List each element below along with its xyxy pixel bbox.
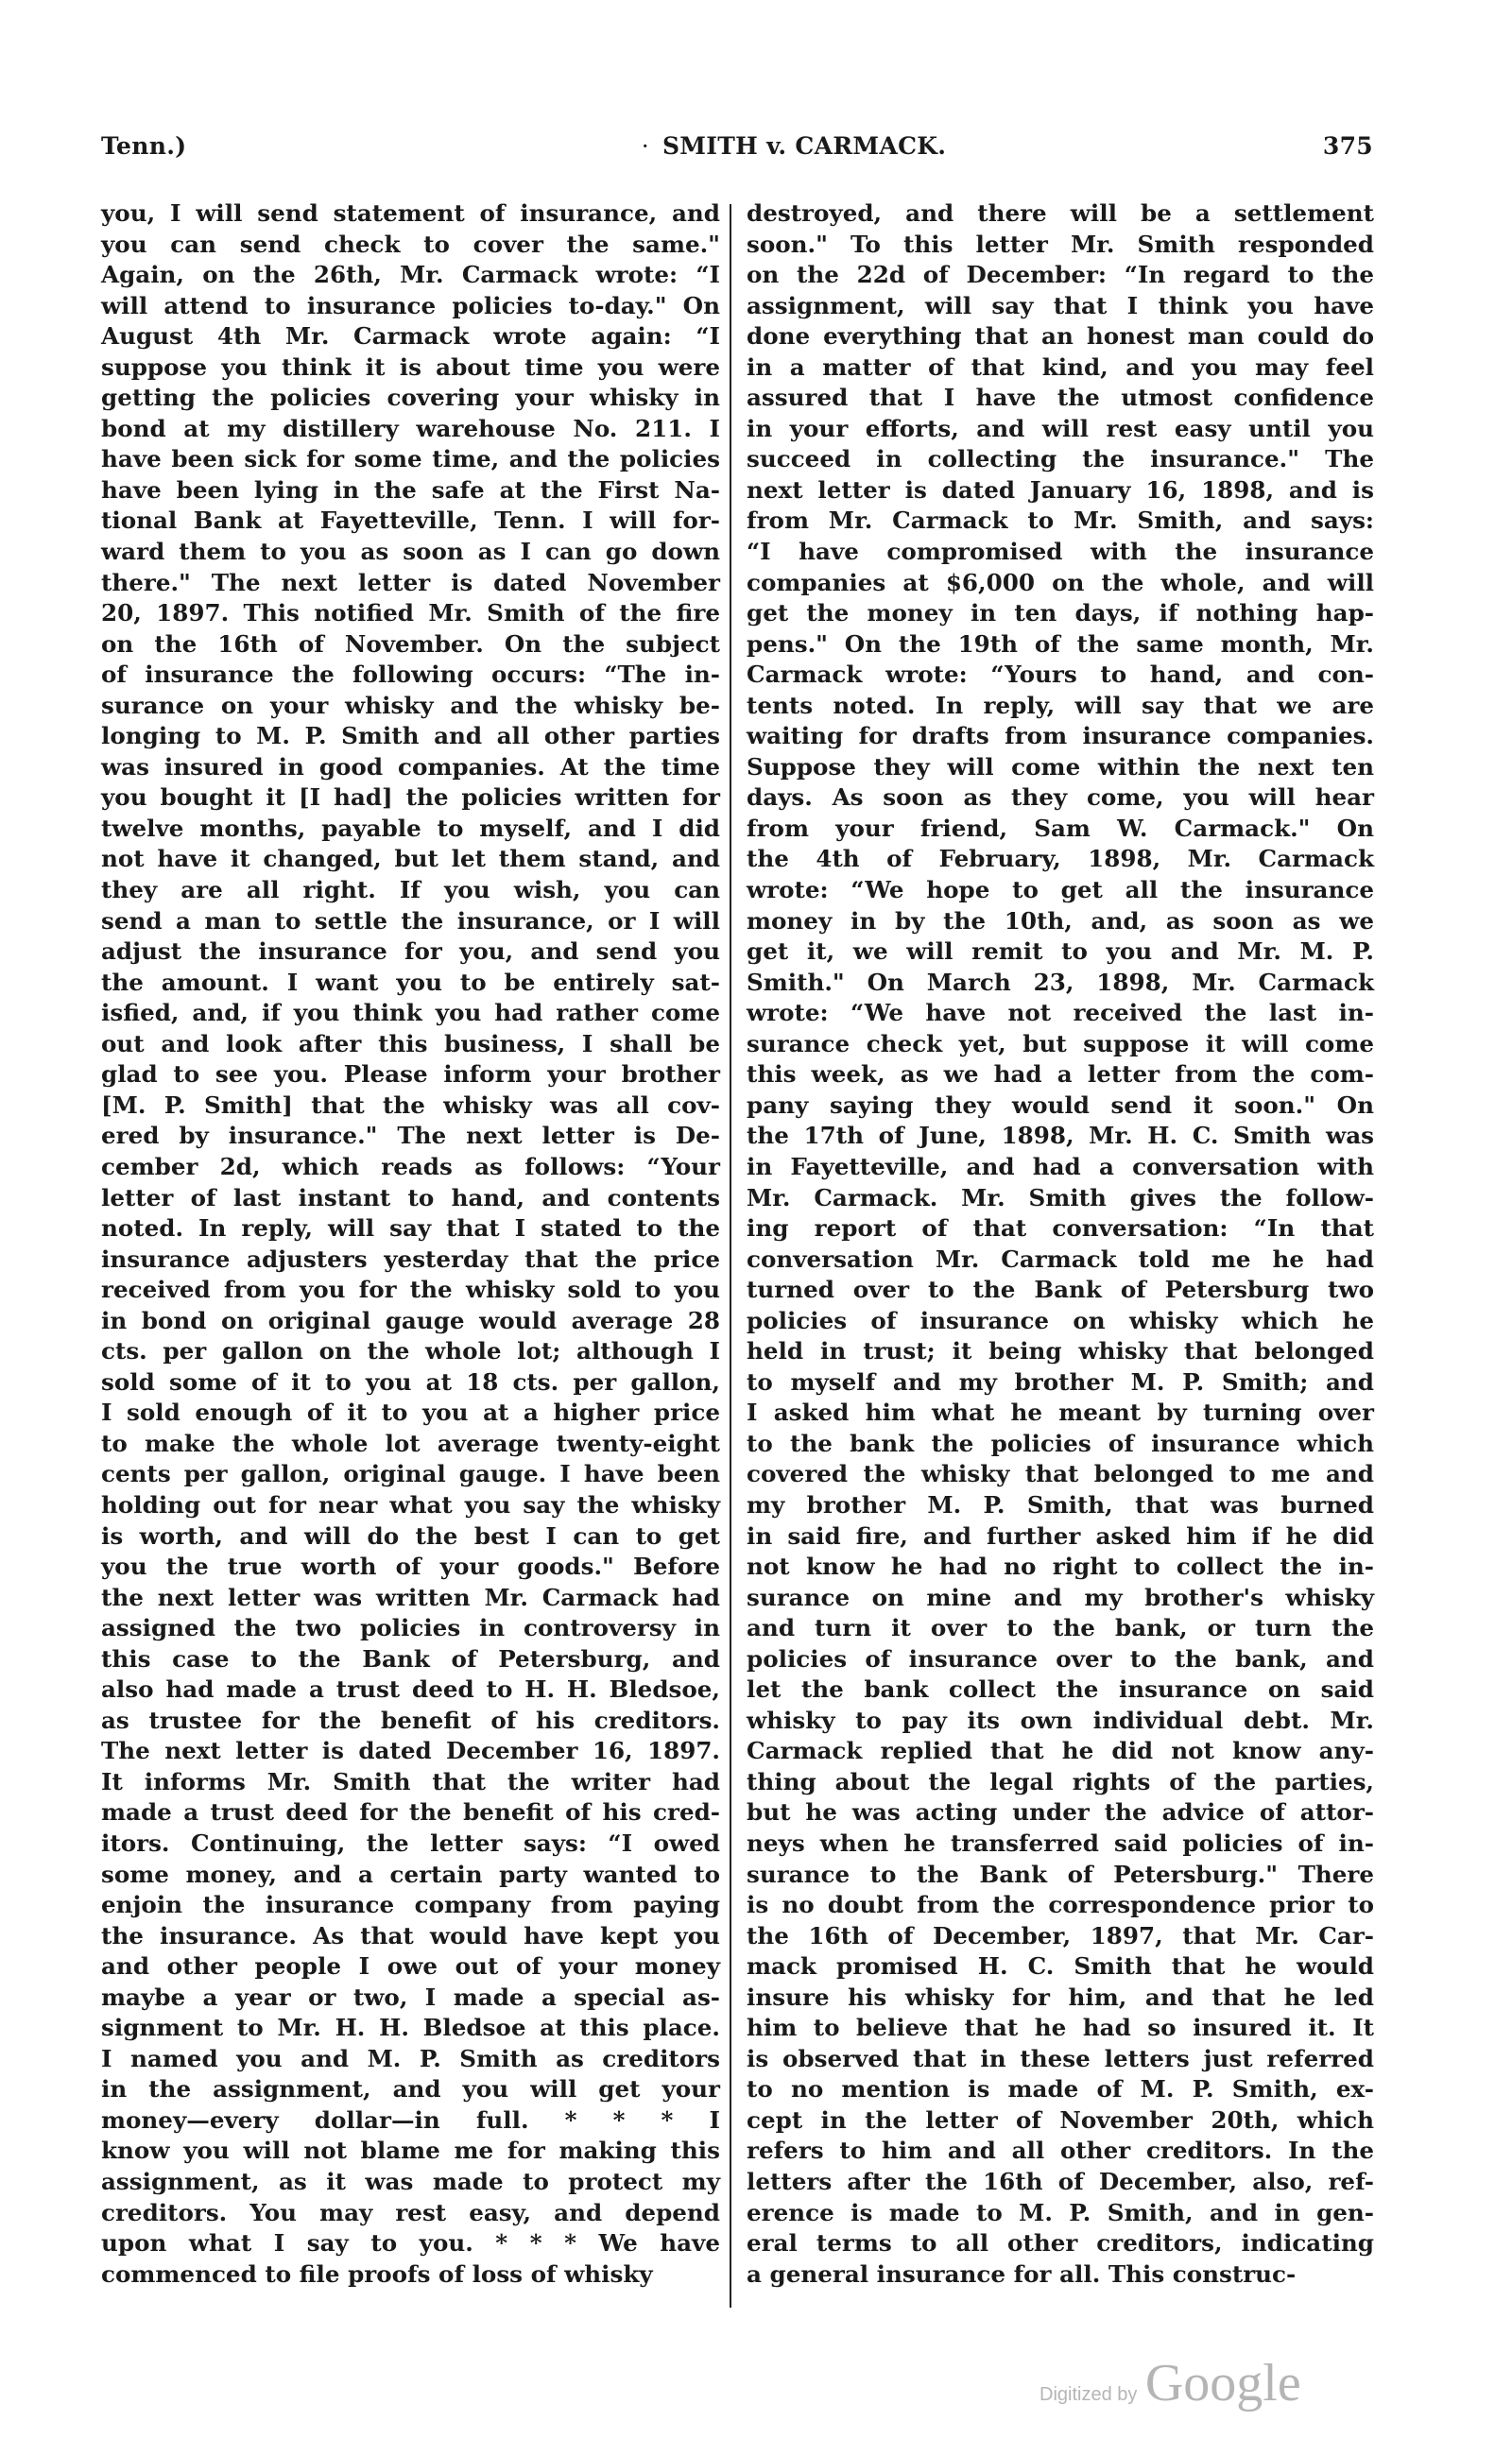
- text-line: as trustee for the benefit of his credit…: [101, 1706, 720, 1737]
- text-line: ing report of that conversation: “In tha…: [747, 1213, 1374, 1245]
- text-line: thing about the legal rights of the part…: [747, 1767, 1374, 1798]
- text-line: Again, on the 26th, Mr. Carmack wrote: “…: [101, 260, 720, 291]
- text-line: money—every dollar—in full. * * * I: [101, 2105, 720, 2137]
- text-line: my brother M. P. Smith, that was burned: [747, 1490, 1374, 1521]
- text-line: itors. Continuing, the letter says: “I o…: [101, 1829, 720, 1860]
- text-line: held in trust; it being whisky that belo…: [747, 1336, 1374, 1367]
- text-line: the amount. I want you to be entirely sa…: [101, 968, 720, 999]
- text-line: noted. In reply, will say that I stated …: [101, 1213, 720, 1245]
- text-line: soon." To this letter Mr. Smith responde…: [747, 230, 1374, 261]
- text-line: creditors. You may rest easy, and depend: [101, 2198, 720, 2229]
- google-logo-text: Google: [1145, 2354, 1301, 2413]
- text-line: assignment, will say that I think you ha…: [747, 291, 1374, 322]
- text-line: It informs Mr. Smith that the writer had: [101, 1767, 720, 1798]
- text-line: bond at my distillery warehouse No. 211.…: [101, 414, 720, 445]
- text-line: refers to him and all other creditors. I…: [747, 2136, 1374, 2167]
- text-line: let the bank collect the insurance on sa…: [747, 1675, 1374, 1706]
- text-line: covered the whisky that belonged to me a…: [747, 1459, 1374, 1490]
- right-text-column: destroyed, and there will be a settlemen…: [747, 198, 1374, 2290]
- text-line: this case to the Bank of Petersburg, and: [101, 1644, 720, 1675]
- text-line: neys when he transferred said policies o…: [747, 1829, 1374, 1860]
- text-line: on the 22d of December: “In regard to th…: [747, 260, 1374, 291]
- text-line: Suppose they will come within the next t…: [747, 752, 1374, 783]
- text-line: the 16th of December, 1897, that Mr. Car…: [747, 1921, 1374, 1952]
- text-line: is observed that in these letters just r…: [747, 2044, 1374, 2075]
- text-line: from Mr. Carmack to Mr. Smith, and says:: [747, 506, 1374, 537]
- text-line: you bought it [I had] the policies writt…: [101, 782, 720, 814]
- text-line: also had made a trust deed to H. H. Bled…: [101, 1675, 720, 1706]
- text-line: was insured in good companies. At the ti…: [101, 752, 720, 783]
- text-line: wrote: “We have not received the last in…: [747, 998, 1374, 1029]
- text-line: tional Bank at Fayetteville, Tenn. I wil…: [101, 506, 720, 537]
- text-line: I sold enough of it to you at a higher p…: [101, 1398, 720, 1429]
- text-line: ward them to you as soon as I can go dow…: [101, 537, 720, 568]
- watermark-prefix: Digitized by: [1039, 2384, 1137, 2405]
- text-line: companies at $6,000 on the whole, and wi…: [747, 568, 1374, 599]
- text-line: the next letter was written Mr. Carmack …: [101, 1583, 720, 1614]
- text-line: pens." On the 19th of the same month, Mr…: [747, 629, 1374, 661]
- text-line: getting the policies covering your whisk…: [101, 383, 720, 414]
- text-line: in the assignment, and you will get your: [101, 2074, 720, 2105]
- text-line: to myself and my brother M. P. Smith; an…: [747, 1367, 1374, 1399]
- text-line: surance on mine and my brother's whisky: [747, 1583, 1374, 1614]
- text-line: cept in the letter of November 20th, whi…: [747, 2105, 1374, 2137]
- text-line: some money, and a certain party wanted t…: [101, 1860, 720, 1891]
- text-line: in a matter of that kind, and you may fe…: [747, 352, 1374, 384]
- text-line: to make the whole lot average twenty-eig…: [101, 1429, 720, 1460]
- text-line: tents noted. In reply, will say that we …: [747, 691, 1374, 722]
- text-line: mack promised H. C. Smith that he would: [747, 1951, 1374, 1983]
- text-line: have been lying in the safe at the First…: [101, 475, 720, 507]
- text-line: will attend to insurance policies to-day…: [101, 291, 720, 322]
- text-line: on the 16th of November. On the subject: [101, 629, 720, 661]
- text-line: twelve months, payable to myself, and I …: [101, 814, 720, 845]
- text-line: pany saying they would send it soon." On: [747, 1091, 1374, 1122]
- text-line: enjoin the insurance company from paying: [101, 1890, 720, 1921]
- text-line: know you will not blame me for making th…: [101, 2136, 720, 2167]
- running-header: Tenn.) ·SMITH v. CARMACK. 375: [101, 132, 1373, 170]
- text-line: erence is made to M. P. Smith, and in ge…: [747, 2198, 1374, 2229]
- text-line: signment to Mr. H. H. Bledsoe at this pl…: [101, 2013, 720, 2044]
- book-page: Tenn.) ·SMITH v. CARMACK. 375 you, I wil…: [0, 0, 1512, 2456]
- header-dot-mark: ·: [642, 132, 649, 160]
- text-line: assured that I have the utmost confidenc…: [747, 383, 1374, 414]
- text-line: they are all right. If you wish, you can: [101, 875, 720, 906]
- text-line: surance on your whisky and the whisky be…: [101, 691, 720, 722]
- text-line: isfied, and, if you think you had rather…: [101, 998, 720, 1029]
- text-line: is no doubt from the correspondence prio…: [747, 1890, 1374, 1921]
- text-line: surance check yet, but suppose it will c…: [747, 1029, 1374, 1060]
- text-line: next letter is dated January 16, 1898, a…: [747, 475, 1374, 507]
- text-line: whisky to pay its own individual debt. M…: [747, 1706, 1374, 1737]
- text-line: get it, we will remit to you and Mr. M. …: [747, 936, 1374, 968]
- text-line: upon what I say to you. * * * We have: [101, 2228, 720, 2259]
- text-line: to no mention is made of M. P. Smith, ex…: [747, 2074, 1374, 2105]
- text-line: from your friend, Sam W. Carmack." On: [747, 814, 1374, 845]
- left-text-column: you, I will send statement of insurance,…: [101, 198, 720, 2290]
- text-line: send a man to settle the insurance, or I…: [101, 906, 720, 937]
- text-line: “I have compromised with the insurance: [747, 537, 1374, 568]
- text-line: policies of insurance over to the bank, …: [747, 1644, 1374, 1675]
- column-divider: [730, 204, 731, 2308]
- text-line: money in by the 10th, and, as soon as we: [747, 906, 1374, 937]
- text-line: this week, as we had a letter from the c…: [747, 1059, 1374, 1091]
- text-line: you can send check to cover the same.": [101, 230, 720, 261]
- text-line: made a trust deed for the benefit of his…: [101, 1797, 720, 1829]
- text-line: sold some of it to you at 18 cts. per ga…: [101, 1367, 720, 1399]
- text-line: of insurance the following occurs: “The …: [101, 660, 720, 691]
- text-line: letter of last instant to hand, and cont…: [101, 1183, 720, 1214]
- text-line: [M. P. Smith] that the whisky was all co…: [101, 1091, 720, 1122]
- text-line: The next letter is dated December 16, 18…: [101, 1736, 720, 1767]
- text-line: insure his whisky for him, and that he l…: [747, 1983, 1374, 2014]
- text-line: eral terms to all other creditors, indic…: [747, 2228, 1374, 2259]
- text-line: glad to see you. Please inform your brot…: [101, 1059, 720, 1091]
- text-line: in bond on original gauge would average …: [101, 1306, 720, 1337]
- text-line: and other people I owe out of your money: [101, 1951, 720, 1983]
- text-line: longing to M. P. Smith and all other par…: [101, 721, 720, 752]
- text-line: done everything that an honest man could…: [747, 321, 1374, 352]
- text-line: waiting for drafts from insurance compan…: [747, 721, 1374, 752]
- text-line: the insurance. As that would have kept y…: [101, 1921, 720, 1952]
- text-line: him to believe that he had so insured it…: [747, 2013, 1374, 2044]
- text-line: Carmack replied that he did not know any…: [747, 1736, 1374, 1767]
- text-line: insurance adjusters yesterday that the p…: [101, 1245, 720, 1276]
- text-line: cents per gallon, original gauge. I have…: [101, 1459, 720, 1490]
- text-line: I named you and M. P. Smith as creditors: [101, 2044, 720, 2075]
- text-line: in said fire, and further asked him if h…: [747, 1521, 1374, 1553]
- text-line: destroyed, and there will be a settlemen…: [747, 198, 1374, 230]
- text-line: conversation Mr. Carmack told me he had: [747, 1245, 1374, 1276]
- text-line: there." The next letter is dated Novembe…: [101, 568, 720, 599]
- text-line: letters after the 16th of December, also…: [747, 2167, 1374, 2198]
- text-line: you, I will send statement of insurance,…: [101, 198, 720, 230]
- text-line: is worth, and will do the best I can to …: [101, 1521, 720, 1553]
- text-line: a general insurance for all. This constr…: [747, 2259, 1374, 2291]
- text-line: 20, 1897. This notified Mr. Smith of the…: [101, 598, 720, 629]
- text-line: suppose you think it is about time you w…: [101, 352, 720, 384]
- text-line: wrote: “We hope to get all the insurance: [747, 875, 1374, 906]
- text-line: cember 2d, which reads as follows: “Your: [101, 1152, 720, 1183]
- text-line: get the money in ten days, if nothing ha…: [747, 598, 1374, 629]
- text-line: out and look after this business, I shal…: [101, 1029, 720, 1060]
- text-line: not have it changed, but let them stand,…: [101, 844, 720, 875]
- text-line: succeed in collecting the insurance." Th…: [747, 444, 1374, 475]
- text-line: cts. per gallon on the whole lot; althou…: [101, 1336, 720, 1367]
- text-line: in Fayetteville, and had a conversation …: [747, 1152, 1374, 1183]
- text-line: the 17th of June, 1898, Mr. H. C. Smith …: [747, 1121, 1374, 1152]
- text-line: not know he had no right to collect the …: [747, 1552, 1374, 1583]
- text-line: the 4th of February, 1898, Mr. Carmack: [747, 844, 1374, 875]
- digitized-by-google-watermark: Digitized by Google: [1039, 2353, 1301, 2413]
- text-line: holding out for near what you say the wh…: [101, 1490, 720, 1521]
- text-line: ered by insurance." The next letter is D…: [101, 1121, 720, 1152]
- text-line: commenced to file proofs of loss of whis…: [101, 2259, 720, 2291]
- text-line: policies of insurance on whisky which he: [747, 1306, 1374, 1337]
- text-line: Mr. Carmack. Mr. Smith gives the follow-: [747, 1183, 1374, 1214]
- text-line: turned over to the Bank of Petersburg tw…: [747, 1275, 1374, 1306]
- text-line: August 4th Mr. Carmack wrote again: “I: [101, 321, 720, 352]
- case-title: SMITH v. CARMACK.: [662, 132, 946, 160]
- text-line: assigned the two policies in controversy…: [101, 1613, 720, 1644]
- text-line: you the true worth of your goods." Befor…: [101, 1552, 720, 1583]
- text-line: Smith." On March 23, 1898, Mr. Carmack: [747, 968, 1374, 999]
- text-line: in your efforts, and will rest easy unti…: [747, 414, 1374, 445]
- text-line: adjust the insurance for you, and send y…: [101, 936, 720, 968]
- text-line: have been sick for some time, and the po…: [101, 444, 720, 475]
- text-line: surance to the Bank of Petersburg." Ther…: [747, 1860, 1374, 1891]
- text-line: Carmack wrote: “Yours to hand, and con-: [747, 660, 1374, 691]
- text-line: maybe a year or two, I made a special as…: [101, 1983, 720, 2014]
- text-line: received from you for the whisky sold to…: [101, 1275, 720, 1306]
- text-line: assignment, as it was made to protect my: [101, 2167, 720, 2198]
- text-line: days. As soon as they come, you will hea…: [747, 782, 1374, 814]
- page-number: 375: [1323, 132, 1373, 160]
- text-line: to the bank the policies of insurance wh…: [747, 1429, 1374, 1460]
- text-line: I asked him what he meant by turning ove…: [747, 1398, 1374, 1429]
- running-head-title: ·SMITH v. CARMACK.: [101, 132, 1373, 160]
- text-line: and turn it over to the bank, or turn th…: [747, 1613, 1374, 1644]
- text-line: but he was acting under the advice of at…: [747, 1797, 1374, 1829]
